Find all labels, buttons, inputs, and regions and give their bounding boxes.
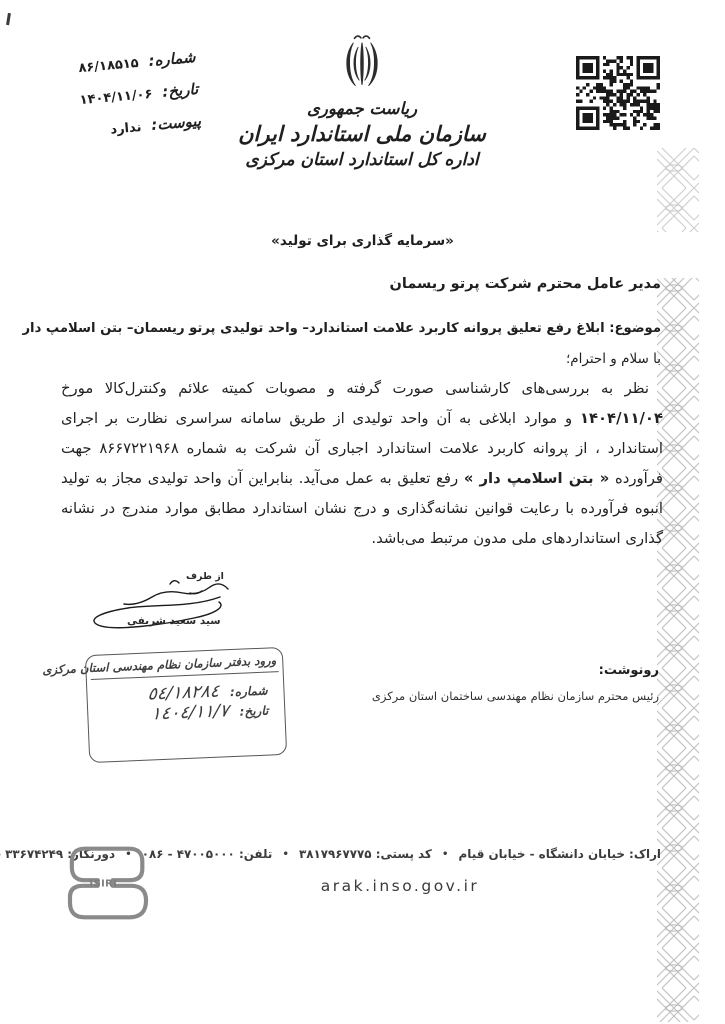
iran-emblem-icon [334, 33, 390, 95]
isiri-logo-text: ISIRI [90, 879, 118, 890]
stamp-date-value: ١٤٠٤/١١/٧ [150, 701, 229, 724]
footer-postal-code: کد پستی: ۳۸۱۷۹۶۷۷۷۵ [299, 847, 432, 861]
letter-number-value: ۸۶/۱۸۵۱۵ [78, 56, 139, 76]
stamp-date-label: تاریخ: [239, 704, 268, 719]
letter-date-label: تاریخ: [162, 80, 199, 101]
stamp-title: ورود بدفتر سازمان نظام مهندسی استان مرکز… [90, 648, 279, 680]
scanned-letter-page: شماره: ۸۶/۱۸۵۱۵ تاریخ: ۱۴۰۴/۱۱/۰۶ پیوست:… [0, 0, 725, 1024]
recipient-line: مدیر عامل محترم شرکت پرتو ریسمان [390, 276, 661, 292]
org-presidency-line: ریاست جمهوری [233, 98, 491, 120]
footer-separator: • [282, 849, 288, 860]
letter-body-paragraph: نظر به بررسی‌های کارشناسی صورت گرفته و م… [61, 374, 663, 554]
letterhead: ریاست جمهوری سازمان ملی استاندارد ایران … [233, 33, 491, 171]
letter-date-value: ۱۴۰۴/۱۱/۰۶ [79, 87, 153, 108]
salutation-line: با سلام و احترام؛ [566, 351, 661, 367]
footer-address: اراک: خیابان دانشگاه - خیابان قیام [459, 847, 661, 861]
isiri-logo-icon: ISIRI [57, 841, 159, 925]
copy-to-recipient: رئیس محترم سازمان نظام مهندسی ساختمان اس… [372, 689, 659, 703]
registry-entry-stamp: ورود بدفتر سازمان نظام مهندسی استان مرکز… [85, 647, 287, 763]
qr-code [576, 56, 660, 130]
org-name-line: سازمان ملی استاندارد ایران [233, 120, 491, 148]
scan-artifact-mark [6, 13, 10, 25]
copy-to-label: رونوشت: [599, 663, 659, 678]
letter-attachment-value: ندارد [110, 120, 142, 138]
website-url: arak.inso.gov.ir [75, 877, 725, 895]
slogan-line: «سرمایه گذاری برای تولید» [0, 233, 725, 249]
letter-number-label: شماره: [148, 48, 196, 70]
letter-meta-block: شماره: ۸۶/۱۸۵۱۵ تاریخ: ۱۴۰۴/۱۱/۰۶ پیوست:… [39, 42, 203, 151]
footer-separator: • [442, 849, 448, 860]
org-province-line: اداره کل استاندارد استان مرکزی [233, 149, 491, 171]
stamp-number-label: شماره: [230, 684, 268, 700]
letter-attachment-label: پیوست: [151, 112, 202, 134]
footer-phone: تلفن: ۴۷۰۰۵۰۰۰ - ۰۸۶ [142, 847, 273, 861]
subject-line: موضوع: ابلاغ رفع تعلیق پروانه کاربرد علا… [22, 321, 661, 336]
signer-name: سید سعید شریفی [127, 615, 221, 627]
